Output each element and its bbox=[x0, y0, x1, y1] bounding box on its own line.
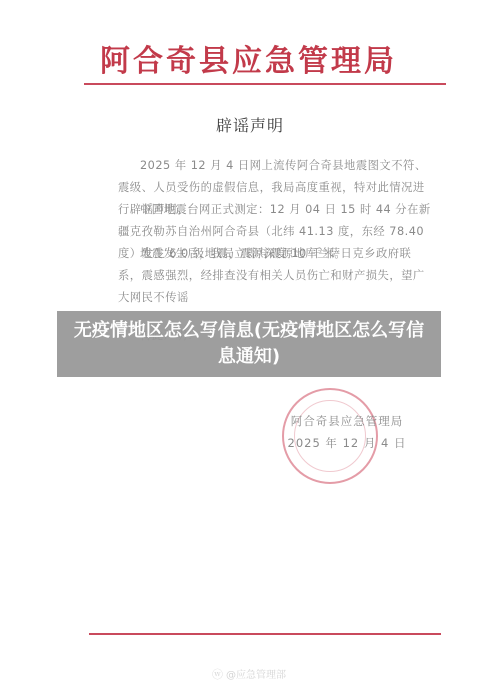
letterhead-red-rule bbox=[84, 83, 446, 85]
document-title: 辟谣声明 bbox=[0, 113, 500, 136]
paragraph-response: 地震发生后，我局立即与震源地库兰萨日克乡政府联系，震感强烈，经排查没有相关人员伤… bbox=[118, 243, 434, 309]
overlay-title-text: 无疫情地区怎么写信息(无疫情地区怎么写信息通知) bbox=[69, 318, 429, 370]
signature-date: 2025 年 12 月 4 日 bbox=[282, 432, 412, 454]
article-title-overlay: 无疫情地区怎么写信息(无疫情地区怎么写信息通知) bbox=[57, 311, 441, 377]
letterhead-agency-name: 阿合奇县应急管理局 bbox=[100, 36, 460, 80]
weibo-icon: ⓦ bbox=[212, 668, 223, 681]
paragraph-text: 地震发生后，我局立即与震源地库兰萨日克乡政府联系，震感强烈，经排查没有相关人员伤… bbox=[118, 247, 425, 304]
source-watermark: ⓦ@应急管理部 bbox=[212, 666, 286, 682]
watermark-text: @应急管理部 bbox=[226, 670, 286, 681]
signature-block: 阿合奇县应急管理局 2025 年 12 月 4 日 bbox=[282, 410, 412, 454]
footer-red-rule bbox=[89, 633, 441, 635]
signature-agency: 阿合奇县应急管理局 bbox=[282, 410, 412, 432]
